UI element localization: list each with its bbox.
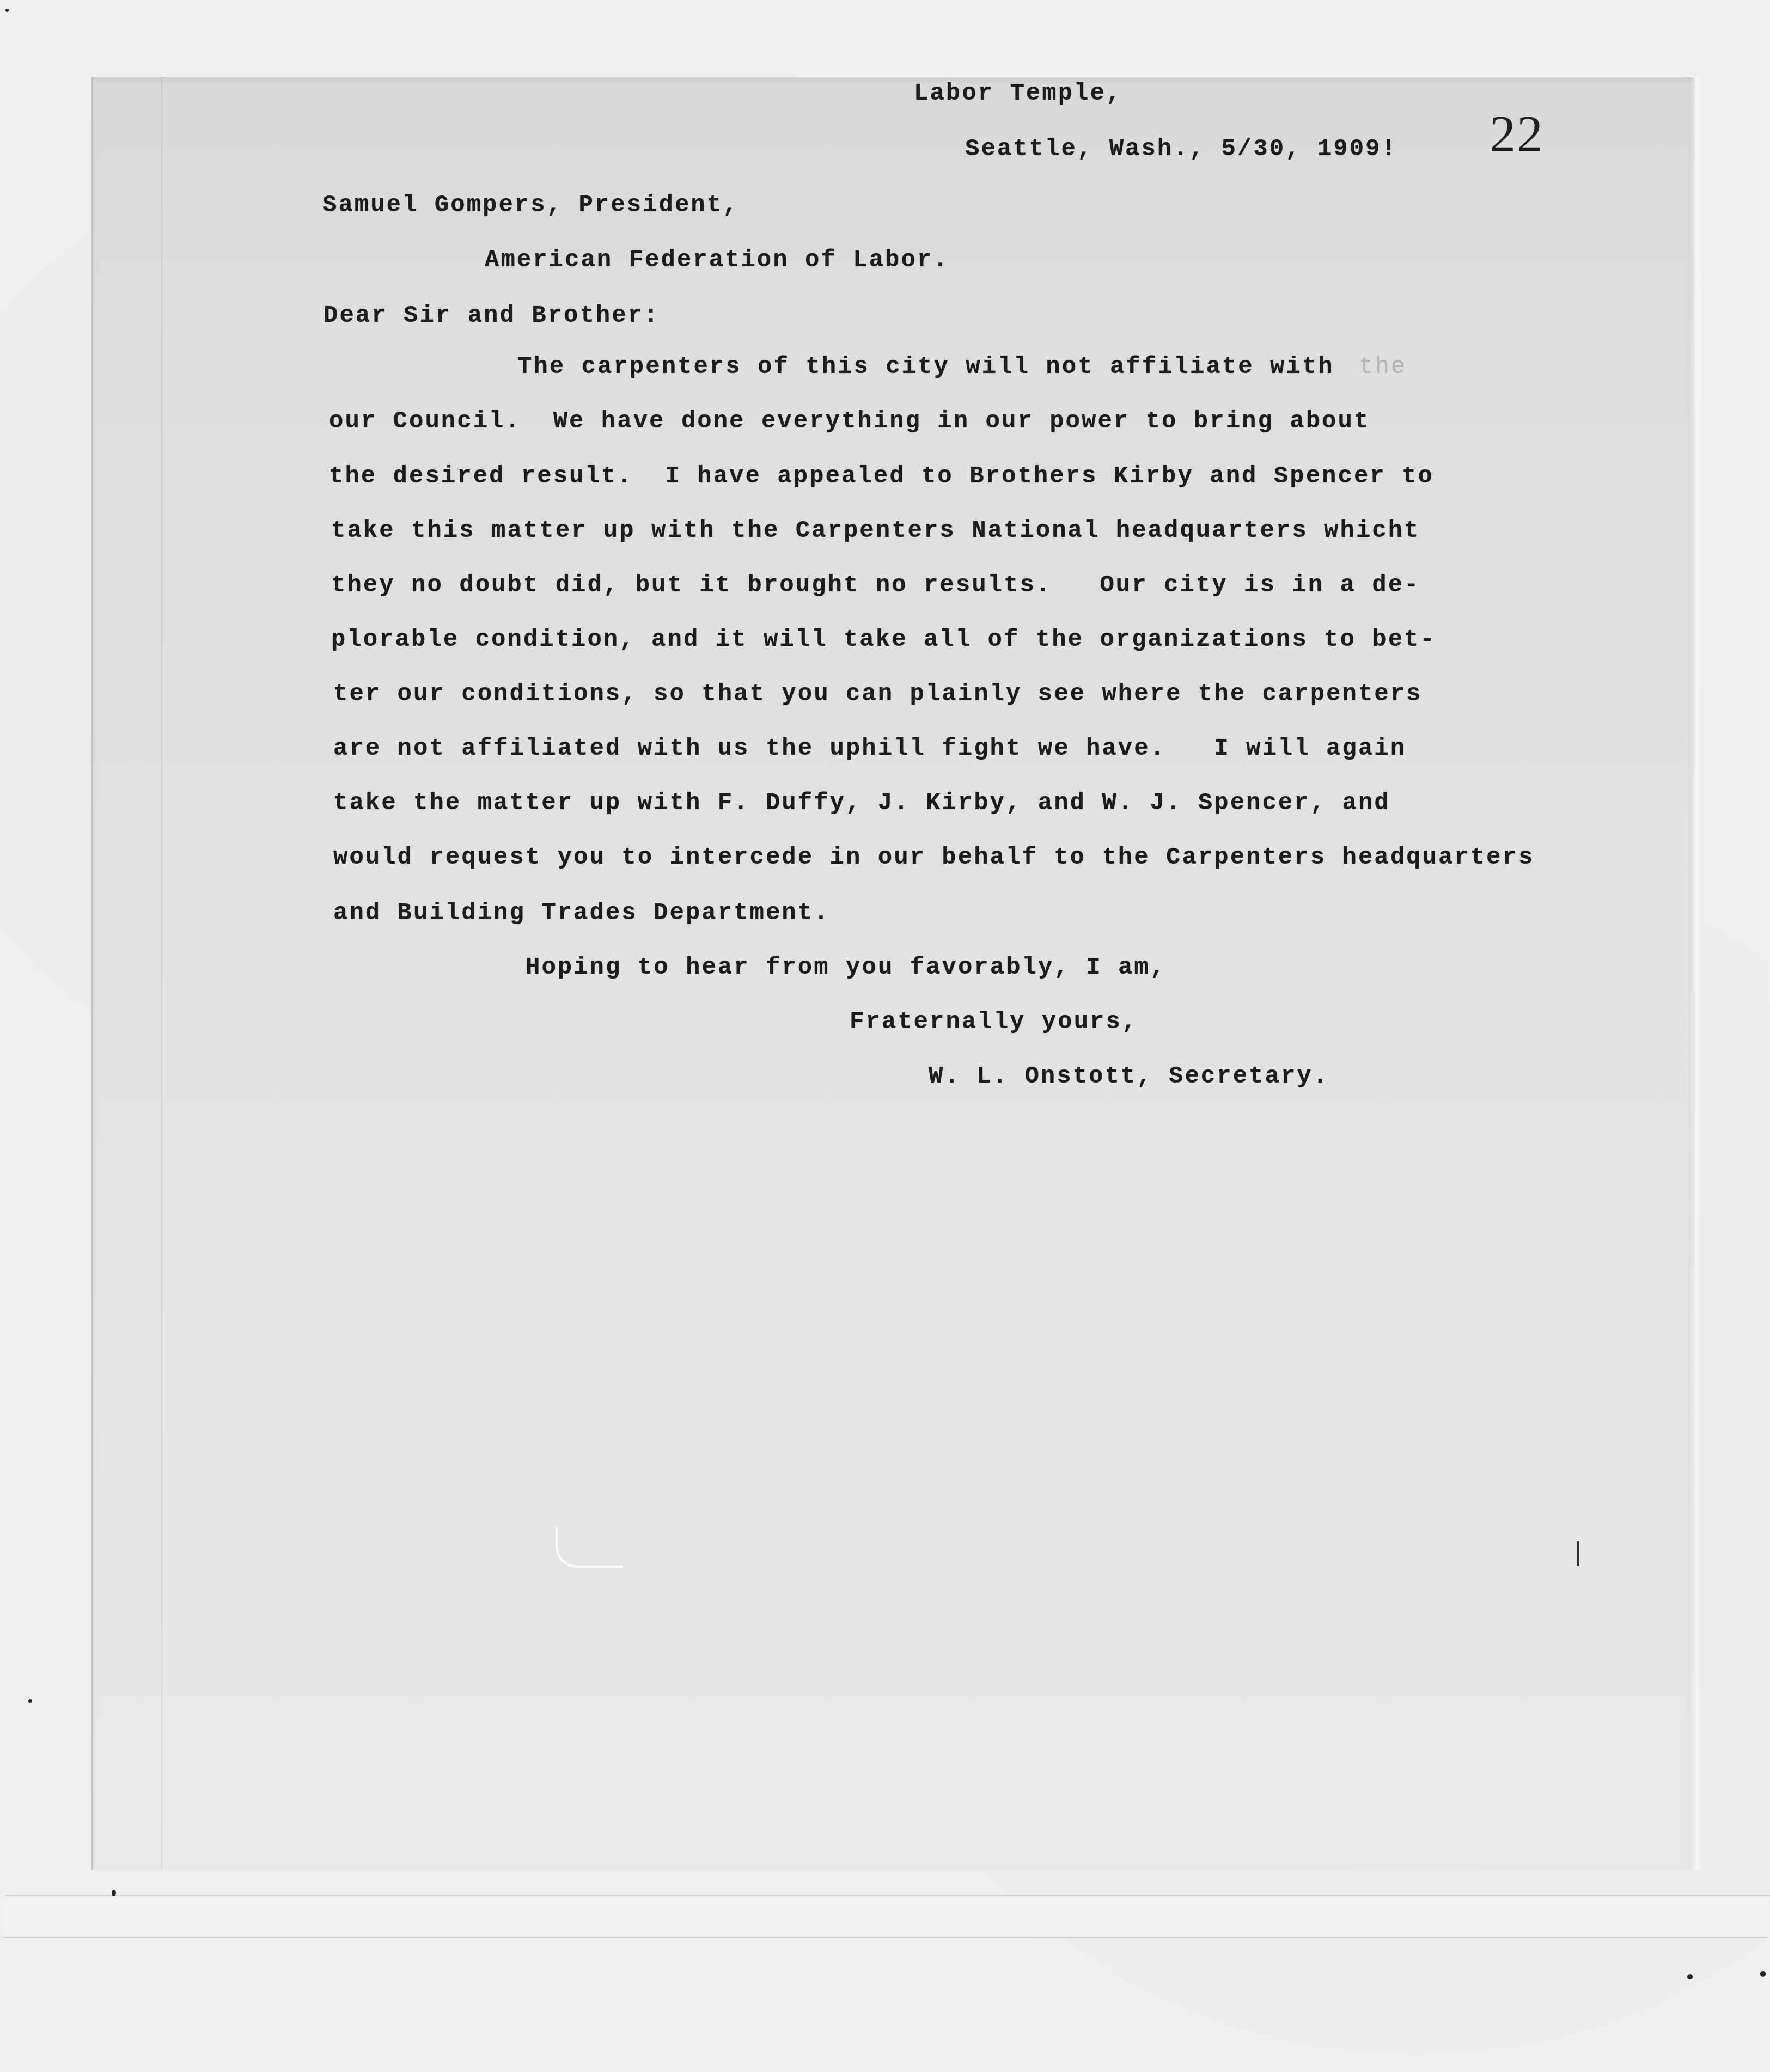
body-line: they no doubt did, but it brought no res…	[331, 573, 1420, 597]
dust-speck	[1687, 1974, 1693, 1979]
paper-fold-line	[161, 77, 162, 1870]
dust-speck	[1760, 1971, 1766, 1977]
dust-speck	[112, 1890, 116, 1896]
body-line: are not affiliated with us the uphill fi…	[333, 737, 1406, 761]
paper-edge-shadow	[1689, 77, 1702, 1870]
ink-mark	[1577, 1541, 1579, 1566]
body-line: ter our conditions, so that you can plai…	[333, 682, 1423, 706]
letterhead-place: Labor Temple,	[914, 82, 1122, 106]
recipient-name: Samuel Gompers, President,	[322, 193, 739, 217]
letterhead-location-date: Seattle, Wash., 5/30, 1909!	[965, 137, 1397, 161]
body-line: plorable condition, and it will take all…	[331, 628, 1436, 652]
body-line: The carpenters of this city will not aff…	[517, 355, 1334, 379]
dust-speck	[5, 9, 9, 12]
body-line: would request you to intercede in our be…	[333, 846, 1534, 870]
body-line: take this matter up with the Carpenters …	[331, 519, 1420, 543]
body-line: take the matter up with F. Duffy, J. Kir…	[333, 791, 1390, 815]
dust-speck	[28, 1699, 32, 1703]
body-line: and Building Trades Department.	[333, 901, 830, 925]
body-line: our Council. We have done everything in …	[329, 409, 1370, 433]
valediction: Fraternally yours,	[850, 1010, 1138, 1034]
recipient-organization: American Federation of Labor.	[485, 248, 949, 272]
signature: W. L. Onstott, Secretary.	[929, 1065, 1329, 1089]
mount-strip	[3, 1895, 1770, 1938]
emulsion-scratch	[556, 1527, 623, 1568]
page-number: 22	[1490, 103, 1544, 164]
closing-line: Hoping to hear from you favorably, I am,	[526, 956, 1166, 980]
body-line: the desired result. I have appealed to B…	[329, 464, 1434, 488]
salutation: Dear Sir and Brother:	[324, 304, 660, 328]
struck-word: the	[1359, 355, 1407, 379]
